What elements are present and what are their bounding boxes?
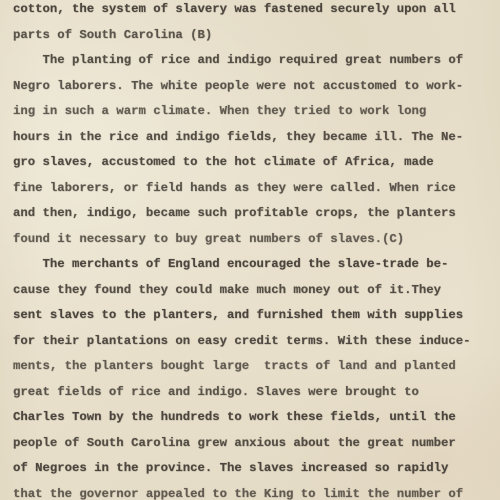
text-line: people of South Carolina grew anxious ab…	[13, 431, 493, 457]
text-line: fine laborers, or field hands as they we…	[13, 176, 493, 202]
text-line: ments, the planters bought large tracts …	[13, 354, 493, 380]
text-line: Charles Town by the hundreds to work the…	[13, 405, 493, 431]
text-line: parts of South Carolina (B)	[13, 23, 493, 49]
text-line: The merchants of England encouraged the …	[13, 252, 493, 278]
text-line: for their plantations on easy credit ter…	[13, 329, 493, 355]
text-line: of Negroes in the province. The slaves i…	[13, 456, 493, 482]
text-line: gro slaves, accustomed to the hot climat…	[13, 150, 493, 176]
text-line: cause they found they could make much mo…	[13, 278, 493, 304]
text-line: that the governor appealed to the King t…	[13, 482, 493, 500]
text-line: found it necessary to buy great numbers …	[13, 227, 493, 253]
text-line: ing in such a warm climate. When they tr…	[13, 99, 493, 125]
document-page: cotton, the system of slavery was fasten…	[0, 0, 500, 500]
text-line: and then, indigo, became such profitable…	[13, 201, 493, 227]
typewritten-text-block: cotton, the system of slavery was fasten…	[13, 0, 493, 500]
text-line: hours in the rice and indigo fields, the…	[13, 125, 493, 151]
text-line: The planting of rice and indigo required…	[13, 48, 493, 74]
text-line: cotton, the system of slavery was fasten…	[13, 0, 493, 23]
text-line: Negro laborers. The white people were no…	[13, 74, 493, 100]
text-line: great fields of rice and indigo. Slaves …	[13, 380, 493, 406]
text-line: sent slaves to the planters, and furnish…	[13, 303, 493, 329]
